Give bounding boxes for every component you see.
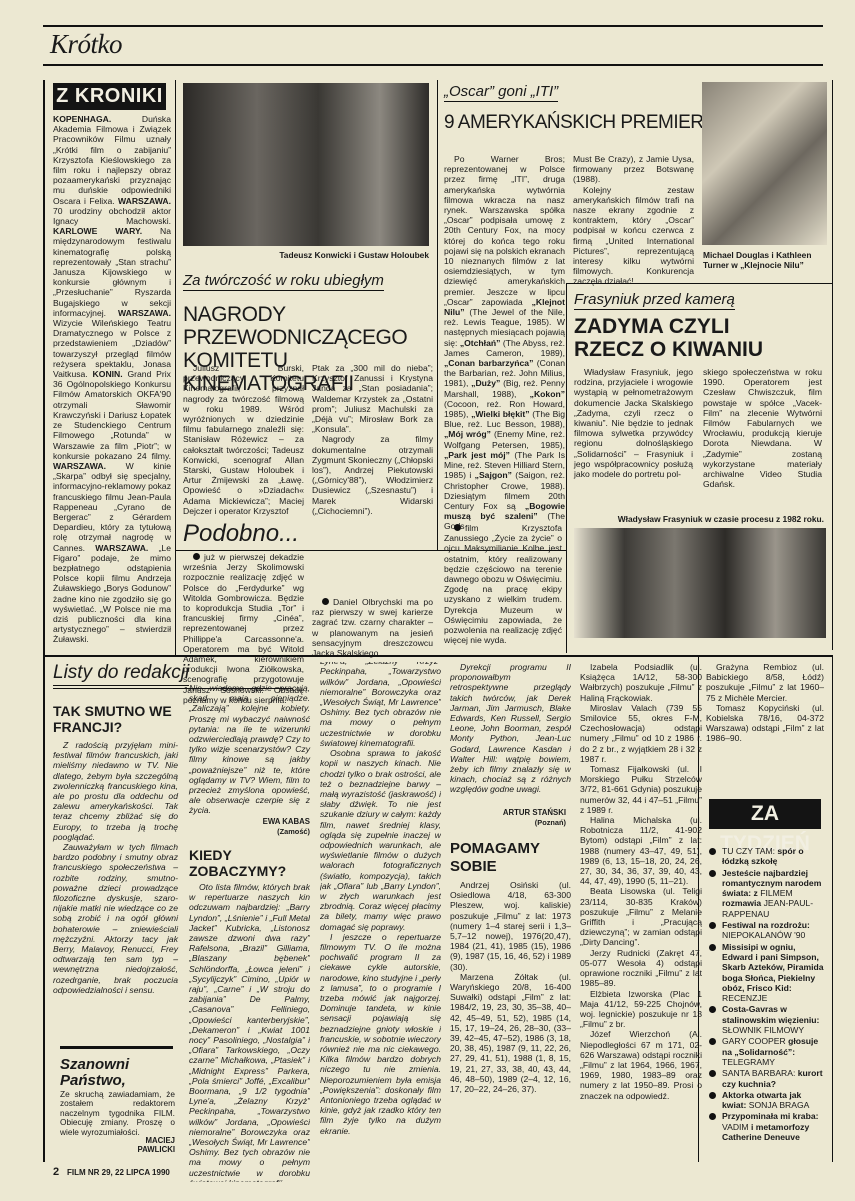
bullet-icon — [709, 870, 716, 877]
section-divider — [43, 655, 833, 657]
frasyniuk-headline: ZADYMA CZYLI RZECZ O KIWANIU — [574, 315, 794, 361]
page-number: 2 — [53, 1166, 59, 1178]
issue-info: FILM NR 29, 22 LIPCA 1990 — [67, 1168, 170, 1177]
pomagamy-col1: Andrzej Osiński (ul. Osiedlowa 4/18, 63-… — [450, 880, 571, 1094]
letter1-col2: Nie wiadomo gdzie pracują, skąd mają pie… — [189, 683, 310, 816]
listy-kicker: Listy do redakcji — [53, 662, 189, 686]
pomagamy-title: POMAGAMY SOBIE — [450, 840, 550, 876]
oscar-headline: 9 AMERYKAŃSKICH PREMIER — [444, 112, 704, 134]
nagrody-col2: Ptak za „300 mil do nieba”; Krzysztof Za… — [312, 363, 433, 516]
photo-frasyniuk-trial — [574, 528, 826, 638]
za-tydzien-item: Festiwal na rozdrożu: NIEPOKALANÓW '90 — [708, 920, 826, 941]
letter1-city: (Zamość) — [189, 827, 310, 836]
photo-caption: Michael Douglas i Kathleen Turner w „Kle… — [703, 250, 829, 270]
nagrody-kicker: Za twórczość w roku ubiegłym — [183, 272, 384, 291]
column-rule — [832, 657, 833, 1162]
photo-caption: Tadeusz Konwicki i Gustaw Holoubek — [183, 250, 429, 260]
podobno-item: Daniel Olbrychski ma po raz pierwszy w s… — [312, 597, 433, 658]
bullet-icon — [709, 1092, 716, 1099]
letter1-col1: Z radością przyjęłam mini-festiwal filmó… — [53, 740, 178, 995]
frasyniuk-col1: Władysław Frasyniuk, jego rodzina, przyj… — [574, 367, 693, 479]
bullet-icon — [193, 553, 200, 560]
za-tydzien-title: ZA TYDZIEŃ — [709, 799, 821, 829]
editor-note-title: Szanowni Państwo, — [60, 1057, 170, 1089]
podobno-item: film Krzysztofa Zanussiego „Życie za życ… — [444, 523, 562, 645]
oscar-col1: Po Warner Bros; reprezentowanej w Polsce… — [444, 154, 565, 532]
section-title: Krótko — [50, 29, 122, 60]
bullet-icon — [454, 524, 461, 531]
column-rule — [175, 80, 176, 656]
column-rule — [437, 80, 438, 550]
pomagamy-col2: Izabela Podsiadlik (ul. Książęca 1A/12, … — [580, 662, 702, 1101]
letter-title: TAK SMUTNO WE FRANCJI? — [53, 703, 173, 735]
za-tydzien-item: Przypominała mi kraba: VADIM i metamorfo… — [708, 1111, 826, 1142]
frasyniuk-kicker: Frasyniuk przed kamerą — [574, 291, 735, 310]
box-rule — [566, 283, 832, 284]
za-tydzien-item: SANTA BARBARA: kurort czy kuchnia? — [708, 1068, 826, 1089]
column-rule — [43, 657, 45, 1162]
frasyniuk-col2: skiego społeczeństwa w roku 1990. Operat… — [703, 367, 822, 489]
photo-douglas-turner — [702, 82, 827, 245]
za-tydzien-item: TU CZY TAM: spór o łódzką szkołę — [708, 846, 826, 867]
column-rule — [832, 80, 833, 650]
letter2-col2: Oto lista filmów, których brak w repertu… — [320, 662, 441, 1152]
bullet-icon — [709, 1038, 716, 1045]
separator — [60, 1046, 173, 1049]
photo-caption: Władysław Frasyniuk w czasie procesu z 1… — [574, 514, 824, 524]
column-rule — [43, 80, 45, 656]
column-rule — [698, 657, 699, 1162]
za-tydzien-item: Costa-Gavras w stalinowskim więzieniu: S… — [708, 1004, 826, 1035]
photo-konwicki-holoubek — [183, 83, 429, 246]
header-bottom-rule — [43, 64, 823, 66]
kronika-title: Z KRONIKI — [53, 83, 166, 110]
bullet-icon — [709, 944, 716, 951]
za-tydzien-item: Aktorka otwarta jak kwiat: SONJA BRAGA — [708, 1090, 826, 1111]
editor-signature: MACIEJ PAWLICKI — [120, 1136, 175, 1154]
letter1-signature: EWA KABAS — [189, 817, 310, 826]
letter2-signature: ARTUR STAŃSKI — [450, 808, 566, 817]
za-tydzien-item: Missisipi w ogniu, Edward i pani Simpson… — [708, 942, 826, 1004]
za-tydzien-item: Jesteście najbardziej romantycznym narod… — [708, 868, 826, 919]
bullet-icon — [709, 1113, 716, 1120]
kronika-text: KOPENHAGA. Duńska Akademia Filmowa i Zwi… — [53, 114, 171, 645]
letter2-col3: Dyrekcji programu II proponowałbym retro… — [450, 662, 571, 807]
letter-title: KIEDY ZOBACZYMY? — [189, 847, 309, 879]
bullet-icon — [709, 922, 716, 929]
za-tydzien-list: TU CZY TAM: spór o łódzką szkołęJesteści… — [708, 846, 826, 1143]
bullet-icon — [322, 598, 329, 605]
letter2-col1: Oto lista filmów, których brak w repertu… — [189, 882, 310, 1182]
oscar-col2: Must Be Crazy), z Jamie Uysa, firmowany … — [573, 154, 694, 287]
za-tydzien-item: GARY COOPER głosuje na „Solidarność”: TE… — [708, 1036, 826, 1067]
bullet-icon — [709, 1070, 716, 1077]
letter2-city: (Poznań) — [450, 818, 566, 827]
editor-note-text: Ze skruchą zawiadamiam, że zostałem reda… — [60, 1090, 175, 1137]
pomagamy-col3: Grażyna Rembioz (ul. Babickiego 8/58, Łó… — [706, 662, 824, 744]
bullet-icon — [709, 848, 716, 855]
header-top-rule — [43, 25, 823, 27]
podobno-title: Podobno... — [183, 522, 299, 546]
nagrody-col1: Juliusz Burski, przewodniczący Komitetu … — [183, 363, 304, 516]
column-rule — [566, 283, 567, 653]
bullet-icon — [709, 1006, 716, 1013]
oscar-kicker: „Oscar” goni „ITI” — [444, 83, 558, 102]
